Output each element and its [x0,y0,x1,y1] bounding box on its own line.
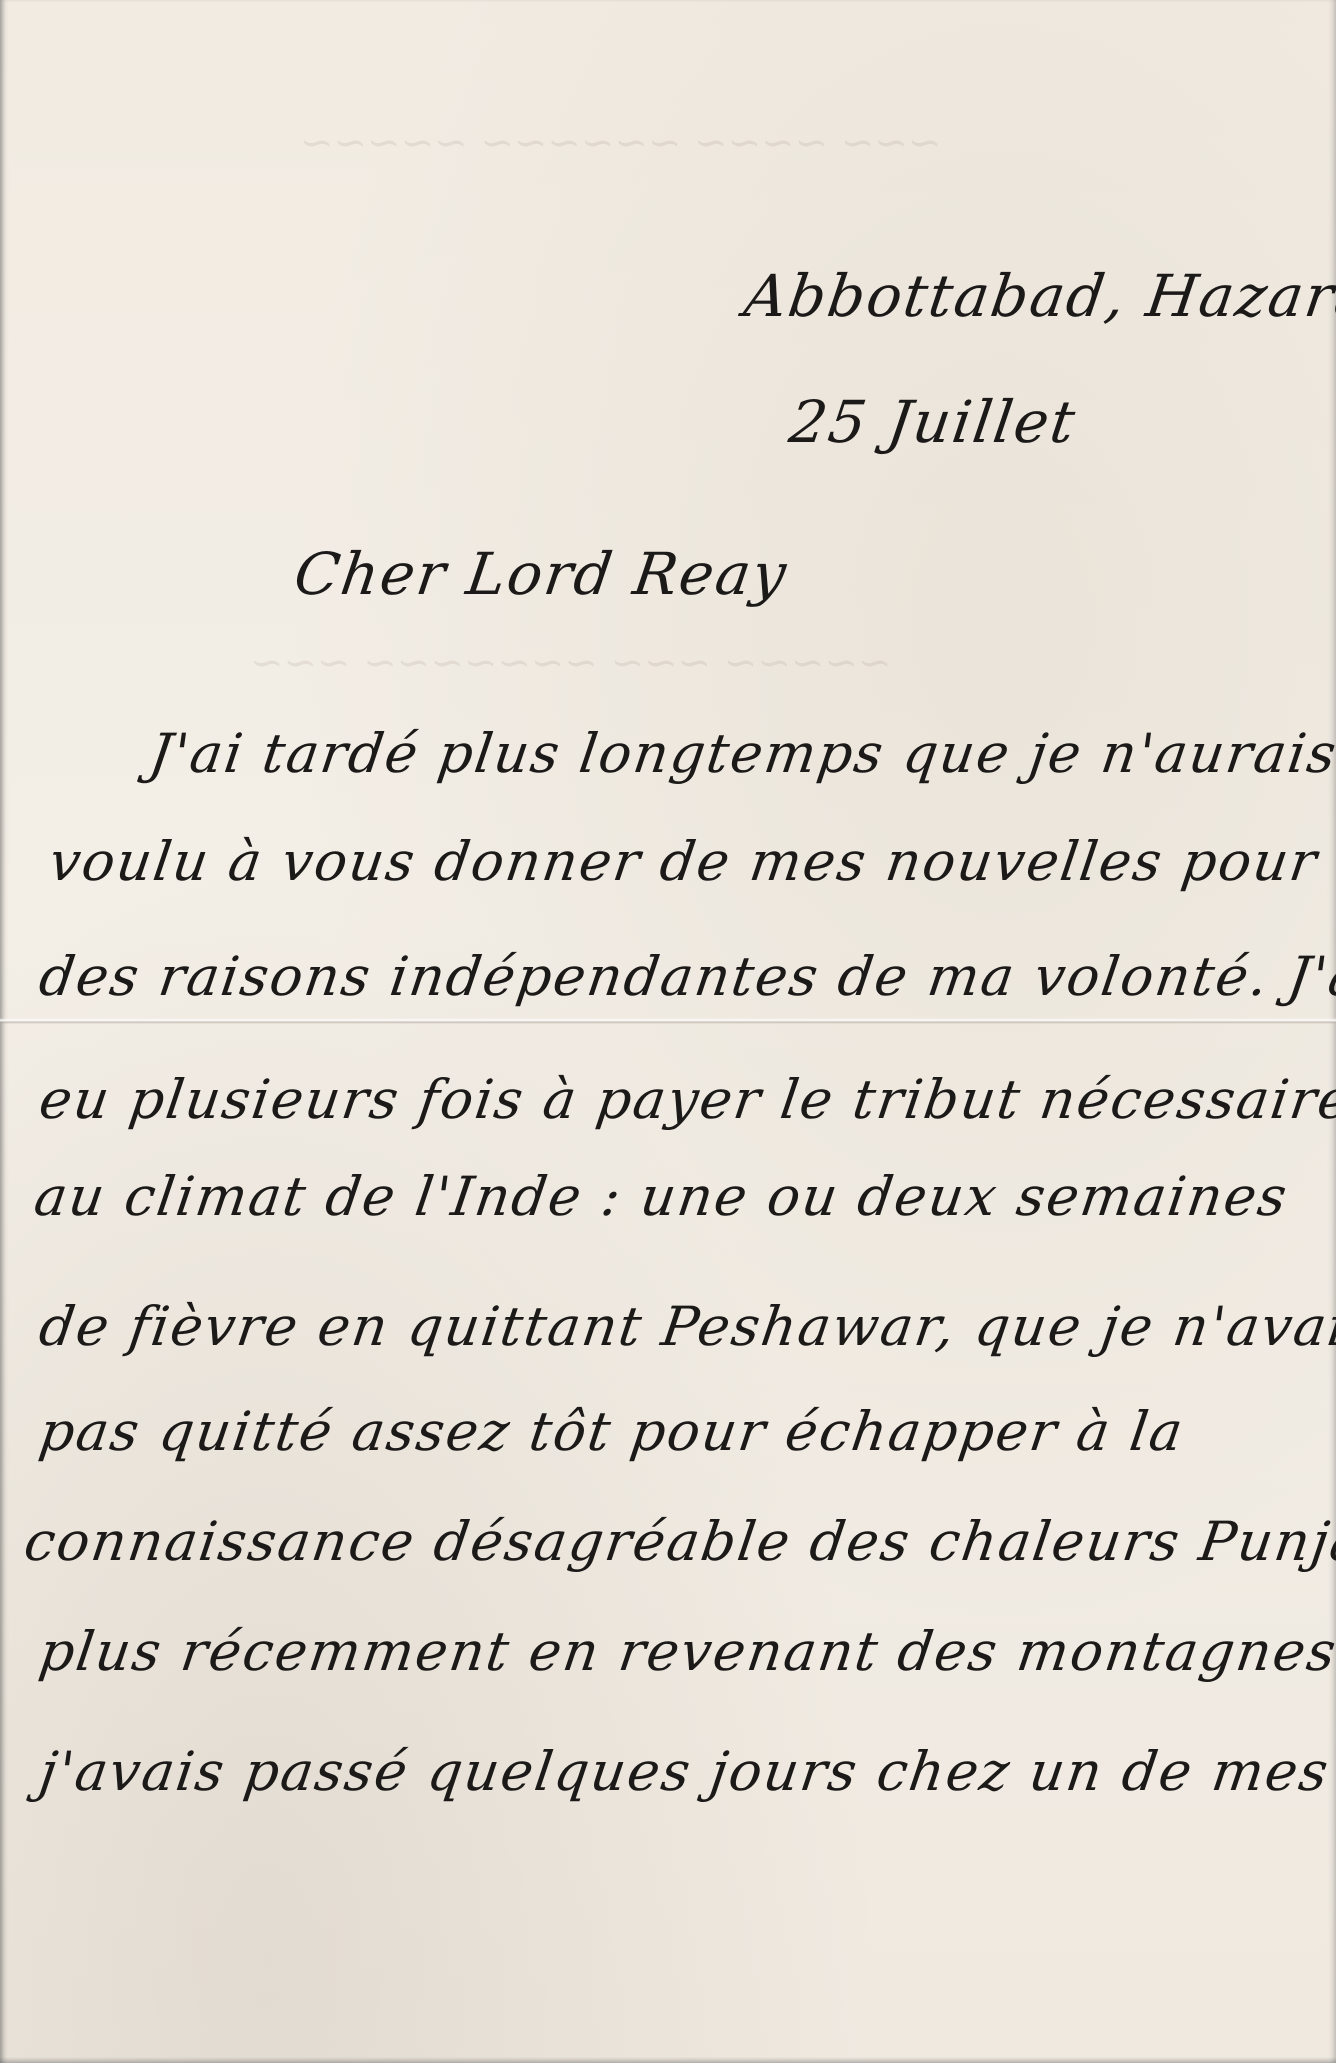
letter-line: pas quitté assez tôt pour échapper à la [36,1400,1189,1463]
letter-date: 25 Juillet [785,388,1081,456]
letter-line: eu plusieurs fois à payer le tribut néce… [36,1068,1336,1131]
letter-line: des raisons indépendantes de ma volonté.… [36,945,1336,1008]
letter-line: j'avais passé quelques jours chez un de … [36,1740,1334,1803]
letter-line: au climat de l'Inde : une ou deux semain… [31,1165,1293,1228]
letter-line: plus récemment en revenant des montagnes… [36,1620,1336,1683]
paper-bottom-edge [0,2057,1336,2063]
letter-line: voulu à vous donner de mes nouvelles pou… [46,830,1323,893]
letter-line: J'ai tardé plus longtemps que je n'aurai… [146,722,1336,785]
show-through-text: ~~~~~ ~~~ ~~~~~~~ ~~~ [250,640,891,686]
paper-fold-crease [0,1018,1336,1024]
letter-line: connaissance désagréable des chaleurs Pu… [21,1510,1336,1573]
letter-place: Abbottabad, Hazara [740,262,1336,330]
letter-line: de fièvre en quittant Peshawar, que je n… [36,1295,1336,1358]
letter-page: ~~~ ~~~~ ~~~~~~ ~~~~~ ~~~~~ ~~~ ~~~~~~~ … [0,0,1336,2063]
letter-salutation: Cher Lord Reay [290,540,792,608]
show-through-text: ~~~ ~~~~ ~~~~~~ ~~~~~ [300,120,941,166]
